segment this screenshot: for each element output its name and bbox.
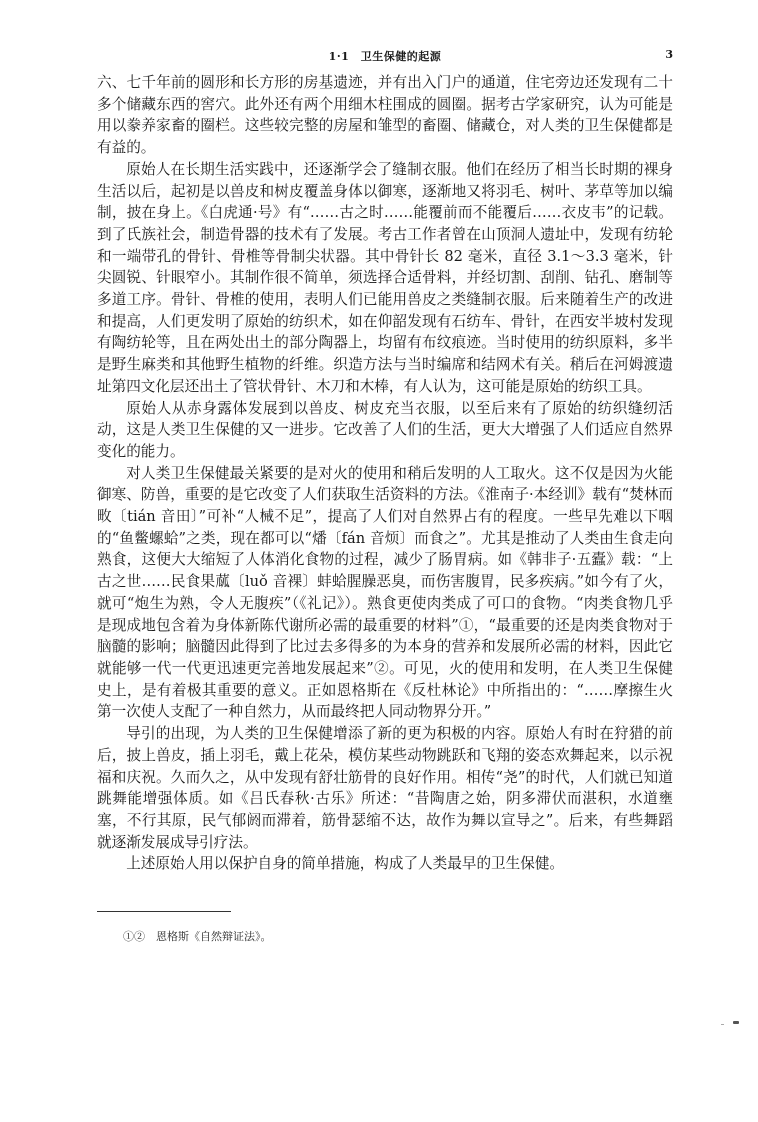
body-text: 六、七千年前的圆形和长方形的房基遗迹，并有出入门户的通道，住宅旁边还发现有二十多…: [97, 72, 673, 875]
footnote-divider: [97, 911, 231, 912]
scan-speck: [721, 1024, 724, 1025]
paragraph-conclusion: 上述原始人用以保护自身的简单措施，构成了人类最早的卫生保健。: [97, 853, 673, 875]
paragraph-daoyin: 导引的出现，为人类的卫生保健增添了新的更为积极的内容。原始人有时在狩猎的前后，披…: [97, 723, 673, 853]
running-title: 1·1 卫生保健的起源: [97, 48, 673, 64]
running-header: 1·1 卫生保健的起源 3: [97, 48, 673, 66]
page-number: 3: [665, 48, 673, 61]
paragraph-continued: 六、七千年前的圆形和长方形的房基遗迹，并有出入门户的通道，住宅旁边还发现有二十多…: [97, 72, 673, 159]
paragraph-clothing: 原始人在长期生活实践中，还逐渐学会了缝制衣服。他们在经历了相当长时期的裸身生活以…: [97, 159, 673, 398]
paragraph-fire: 对人类卫生保健最关紧要的是对火的使用和稍后发明的人工取火。这不仅是因为火能御寒、…: [97, 463, 673, 723]
paragraph-clothing-summary: 原始人从赤身露体发展到以兽皮、树皮充当衣服，以至后来有了原始的纺织缝纫活动，这是…: [97, 398, 673, 463]
scan-speck: [733, 1021, 739, 1024]
footnote: ①② 恩格斯《自然辩证法》。: [123, 928, 272, 944]
